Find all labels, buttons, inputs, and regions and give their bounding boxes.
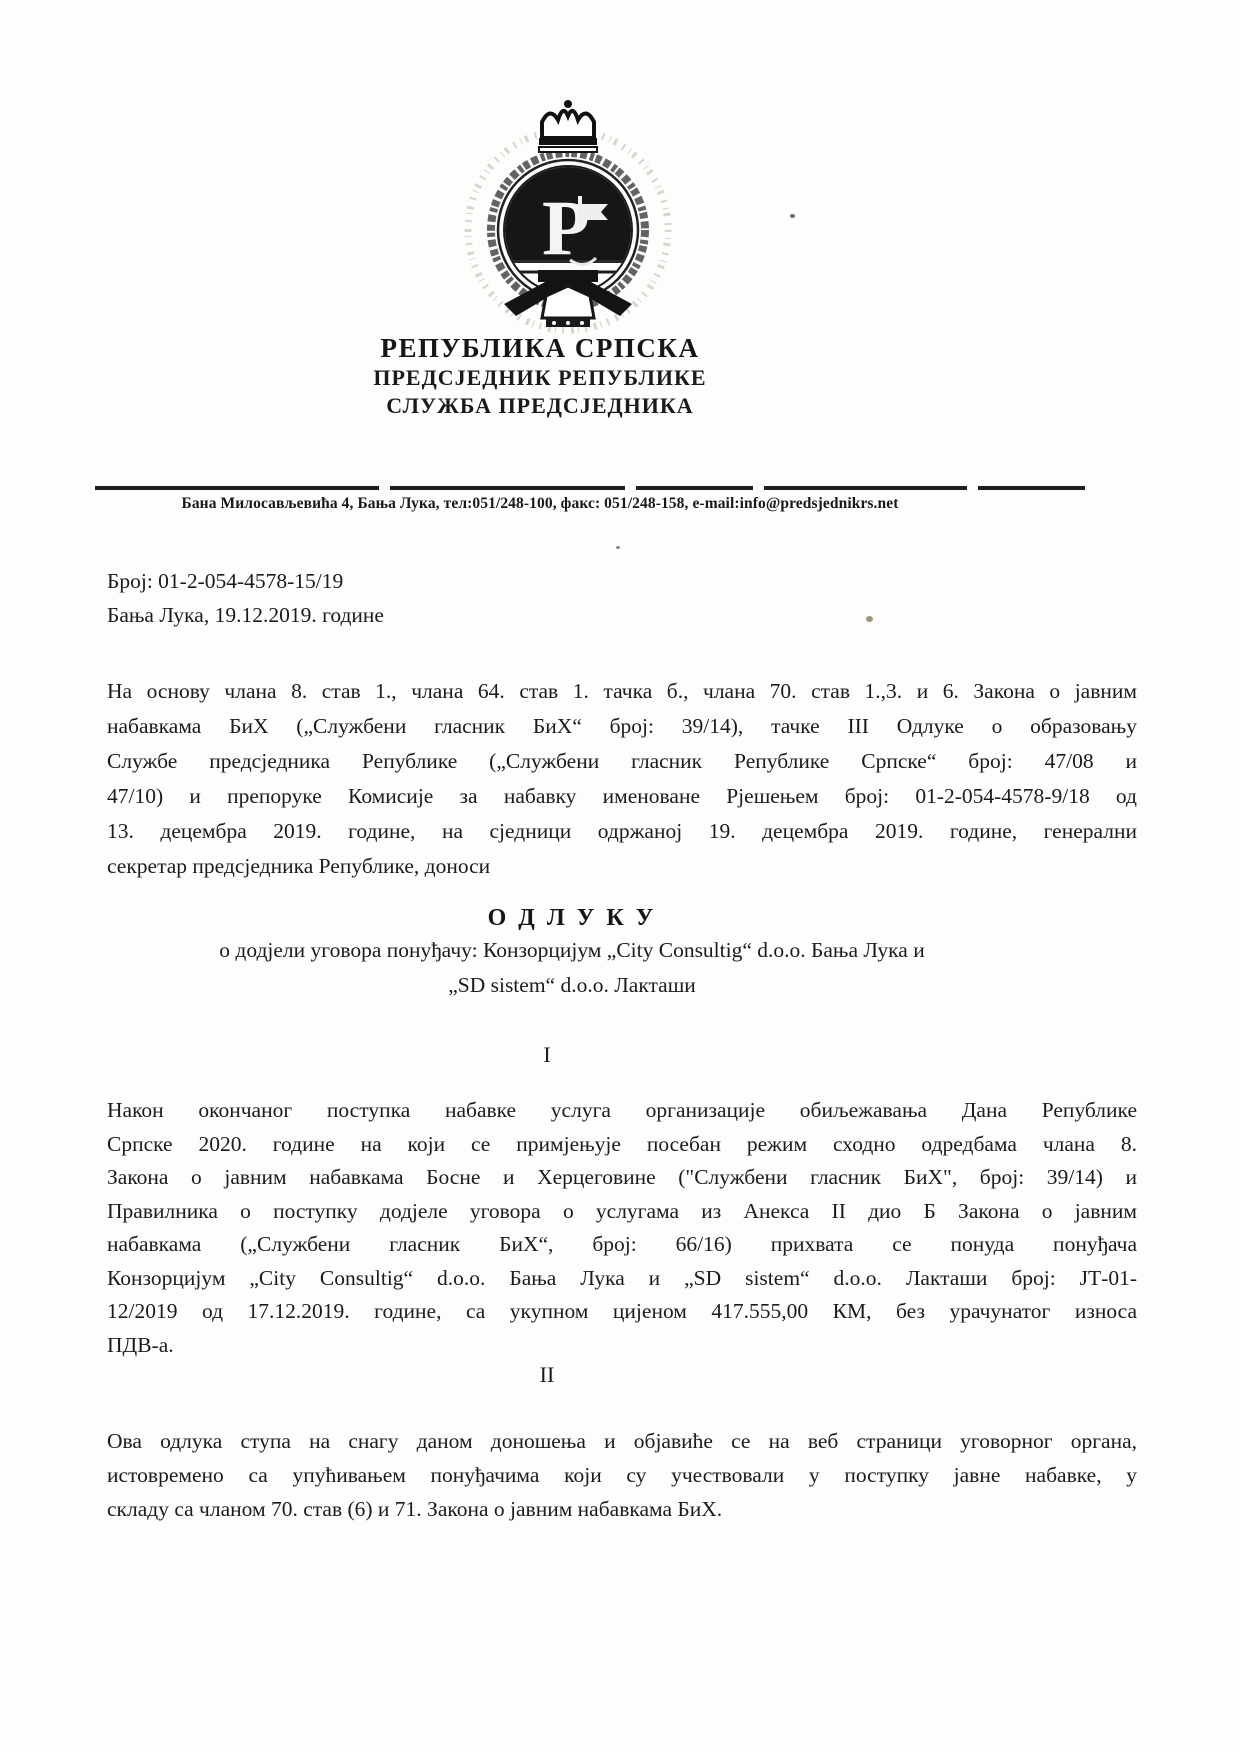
section-1-numeral: I	[107, 1042, 1137, 1068]
emblem-monogram: Р	[542, 184, 590, 271]
text-line: Закона о јавним набавкама Босне и Херцег…	[107, 1161, 1137, 1195]
org-office: ПРЕДСЈЕДНИК РЕПУБЛИКЕ	[95, 364, 985, 392]
contact-info: Бана Милосављевића 4, Бања Лука, тел:051…	[95, 495, 1085, 513]
place-and-date: Бања Лука, 19.12.2019. године	[107, 598, 384, 632]
text-line: ПДВ-а.	[107, 1329, 1137, 1363]
text-line: истовремено са упућивањем понуђачима кој…	[107, 1458, 1137, 1492]
text-line: 13. децембра 2019. године, на сједници о…	[107, 814, 1137, 849]
text-line: Ова одлука ступа на снагу даном доношења…	[107, 1424, 1137, 1458]
text-line: 47/10) и препоруке Комисије за набавку и…	[107, 779, 1137, 814]
republika-srpska-coat-of-arms-icon: Р	[442, 92, 694, 340]
letterhead: РЕПУБЛИКА СРПСКА ПРЕДСЈЕДНИК РЕПУБЛИКЕ С…	[95, 332, 1085, 420]
text-line: Правилника о поступку додјеле уговора о …	[107, 1195, 1137, 1229]
section-2-numeral: II	[107, 1362, 1137, 1388]
decision-title-block: О Д Л У К У о додјели уговора понуђачу: …	[107, 903, 1137, 1003]
org-service: СЛУЖБА ПРЕДСЈЕДНИКА	[95, 392, 985, 420]
text-line: складу са чланом 70. став (6) и 71. Зако…	[107, 1492, 1137, 1526]
decision-subtitle-line1: о додјели уговора понуђачу: Конзорцијум …	[107, 933, 1037, 968]
crown-icon	[539, 100, 597, 152]
text-line: Службе предсједника Републике („Службени…	[107, 744, 1137, 779]
document-number: Број: 01-2-054-4578-15/19	[107, 564, 384, 598]
text-line: секретар предсједника Републике, доноси	[107, 849, 1137, 884]
scan-speck	[790, 214, 795, 218]
text-line: набавкама БиХ („Службени гласник БиХ“ бр…	[107, 709, 1137, 744]
header-divider	[95, 486, 1085, 490]
text-line: Конзорцијум „City Consultig“ d.o.o. Бања…	[107, 1262, 1137, 1296]
scan-speck	[616, 546, 620, 549]
text-line: Српске 2020. године на који се примјењуј…	[107, 1128, 1137, 1162]
reference-block: Број: 01-2-054-4578-15/19 Бања Лука, 19.…	[107, 564, 384, 632]
org-name: РЕПУБЛИКА СРПСКА	[95, 332, 985, 364]
scan-speck	[866, 616, 873, 622]
text-line: На основу члана 8. став 1., члана 64. ст…	[107, 674, 1137, 709]
preamble-paragraph: На основу члана 8. став 1., члана 64. ст…	[107, 674, 1137, 884]
text-line: Након окончаног поступка набавке услуга …	[107, 1094, 1137, 1128]
text-line: 12/2019 од 17.12.2019. године, са укупно…	[107, 1295, 1137, 1329]
text-line: набавкама („Службени гласник БиХ“, број:…	[107, 1228, 1137, 1262]
decision-subtitle-line2: „SD sistem“ d.o.o. Лакташи	[107, 968, 1037, 1003]
section-2-paragraph: Ова одлука ступа на снагу даном доношења…	[107, 1424, 1137, 1526]
decision-heading: О Д Л У К У	[107, 903, 1037, 933]
section-1-paragraph: Након окончаног поступка набавке услуга …	[107, 1094, 1137, 1362]
document-page: Р РЕПУБЛИКА СРПСКА ПРЕДСЈЕДНИ	[0, 0, 1240, 1752]
